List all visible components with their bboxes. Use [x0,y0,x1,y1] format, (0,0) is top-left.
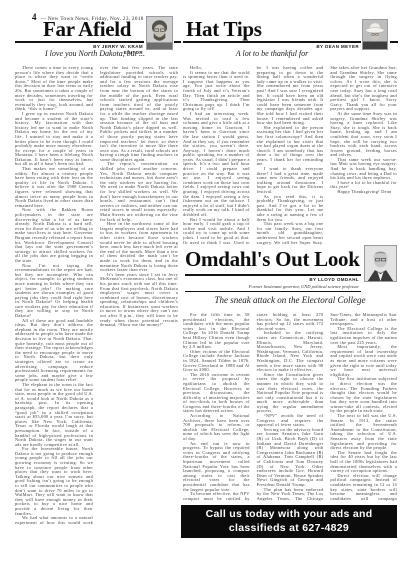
paragraph: The next to fall was the U.S. Senate. In… [330,414,397,451]
paragraph: It seems to me that the world is spinnin… [183,71,250,112]
hat-tips-author-photo [362,19,388,50]
ad-line-1: Call us today with your ads and [206,508,373,522]
bearded-man-with-glasses-icon [147,17,172,49]
paragraph: “NPV” avoids the need of Congress and re… [257,414,324,428]
paragraph: The elephant in the room is the fact tha… [15,383,93,447]
omdahl-byline-name: BY LLOYD OMDAHL [185,277,359,283]
ad-line-2: classifieds at 627-4829 [229,522,349,536]
omdahl-author-photo [364,245,397,282]
older-man-in-suit-glasses-icon [365,246,396,281]
paragraph: Since the Constitution gives states the … [257,373,324,414]
paragraph: For the foreseeable future, North Dakota… [15,447,93,516]
paragraph: According to National Archives, there ha… [183,414,250,442]
paragraph: Happy Thanksgiving! Dean [330,190,397,195]
page-number: 4 [32,12,37,22]
paragraph: The 2016 outcome is certain to revive th… [183,373,250,414]
omdahl-rule-thin [185,291,361,292]
paragraph: I grew up in eastern North Dakota and be… [15,112,93,167]
paragraph: At the same time Suzy was in surgery, Gr… [330,112,397,158]
paragraph: The Senate had fought the idea for 40 ye… [330,451,397,474]
newspaper-page: 4 — New Town News, Friday, Nov. 23, 2018… [0,0,400,567]
paragraph: It’s been years since I sat in Jerry McK… [100,273,178,328]
hat-tips-rule [183,41,361,43]
paragraph: The report’s concentration on skilled jo… [100,162,178,222]
far-afield-subtitle: I love you North Dakota, but ... [15,49,175,58]
paragraph: Serving on the advisory board are former… [257,428,324,488]
omdahl-rule [185,274,361,276]
paragraph: Other victims of the Electoral College i… [183,350,250,373]
paragraph: An end run is now in progress. To bypass… [183,442,250,493]
omdahl-credential: Former lieutenant governor, UND politica… [185,284,359,289]
paragraph: Now I’m not saying the recommendations i… [15,264,93,319]
paragraph: That makes me something of an oddity. Fo… [15,167,93,208]
far-afield-headline: Far Afield [43,19,131,40]
paragraph: The Electoral College is the last instit… [330,327,397,345]
omdahl-subtitle: The sneak attack on the Electoral Colleg… [183,295,397,305]
paragraph: There comes a time in every young person… [15,66,93,112]
omdahl-headline: Omdahl's Out Look [185,249,360,270]
far-afield-rule-dash [174,41,181,43]
paragraph: Here in the northwest some of the larges… [100,222,178,273]
paragraph: She explained to the person assisting he… [257,126,324,167]
paragraph: That same week our son-in-law Matt was h… [330,158,397,181]
omdahl-byline: BY LLOYD OMDAHL [185,277,359,283]
paragraph: Most importantly, the requirement of lan… [330,345,397,377]
hat-tips-rule-dash [390,41,398,43]
paragraph: As you read this, it is probably Thanksg… [257,195,324,223]
far-afield-rule [15,41,144,43]
far-afield-author-photo [146,16,173,50]
omdahl-body: For the fifth time in 58 presidential el… [183,313,397,503]
classifieds-ad-box: Call us today with your ads and classifi… [181,505,397,538]
paragraph: For the fifth time in 58 presidential el… [183,313,250,350]
hat-tips-subtitle: A lot to be thankful for [183,49,361,58]
paragraph: I had an interesting week. Was invited t… [183,112,250,218]
paragraph: Included in the ratifying states are Con… [257,331,324,372]
hat-tips-body: Hello,It seems to me that the world is s… [183,66,397,248]
paragraph: I want to thank everyone there! I had a … [257,167,324,195]
man-in-white-cowboy-hat-icon [363,20,387,49]
hat-tips-headline: Hat Tips [186,19,262,40]
paragraph: All of these are good and laudable ideas… [15,319,93,383]
paragraph: The first institution subjected to direc… [330,377,397,414]
far-afield-body: There comes a time in every young person… [15,66,178,528]
paragraph: Now with the Bakken Boom policymakers in… [15,208,93,263]
